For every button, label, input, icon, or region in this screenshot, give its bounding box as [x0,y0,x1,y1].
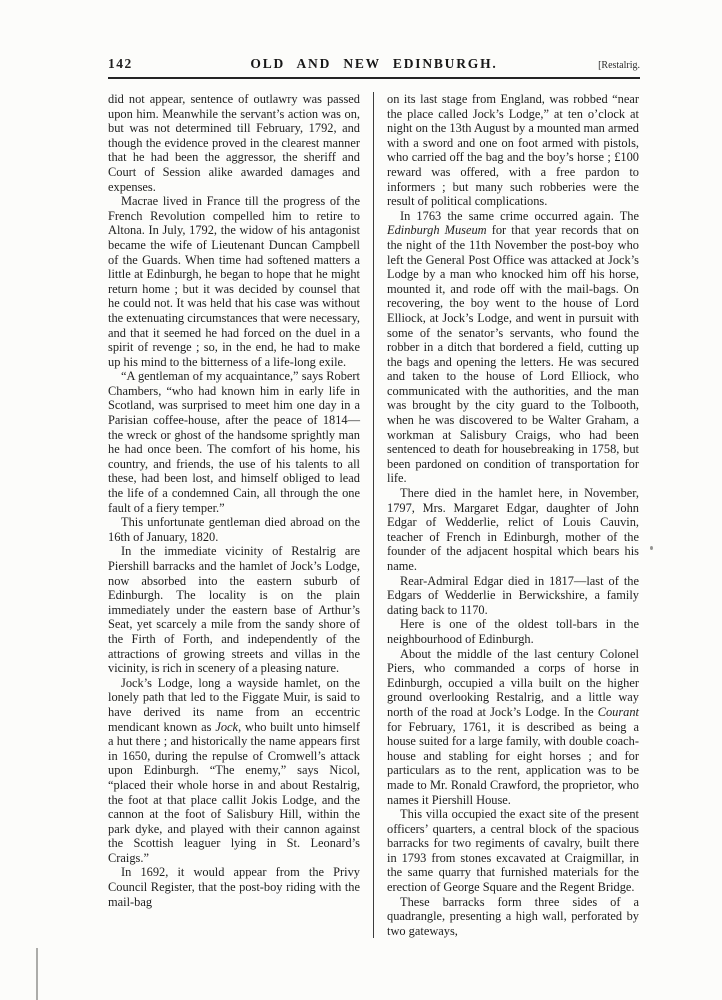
body-text: This villa occupied the exact site of th… [387,807,639,894]
paragraph: This unfortunate gentleman died abroad o… [108,515,360,544]
body-text: In 1692, it would appear from the Privy … [108,865,360,908]
body-text: Rear-Admiral Edgar died in 1817—last of … [387,574,639,617]
two-column-text: did not appear, sentence of outlawry was… [108,79,640,938]
body-text: on its last stage from England, was robb… [387,92,639,208]
paragraph: did not appear, sentence of outlawry was… [108,92,360,194]
body-text: for that year records that on the night … [387,223,639,485]
italic-text: Jock [215,720,238,734]
paragraph: on its last stage from England, was robb… [387,92,639,209]
body-text: In 1763 the same crime occurred again. T… [400,209,639,223]
paragraph: Rear-Admiral Edgar died in 1817—last of … [387,574,639,618]
paragraph: This villa occupied the exact site of th… [387,807,639,895]
italic-text: Courant [598,705,639,719]
paragraph: About the middle of the last century Col… [387,647,639,808]
body-text: These barracks form three sides of a qua… [387,895,639,938]
paragraph: In 1692, it would appear from the Privy … [108,865,360,909]
body-text: Macrae lived in France till the progress… [108,194,360,369]
paragraph: Macrae lived in France till the progress… [108,194,360,369]
body-text: In the immediate vicinity of Restalrig a… [108,544,360,675]
page-title: OLD AND NEW EDINBURGH. [198,56,550,72]
left-column: did not appear, sentence of outlawry was… [108,92,360,938]
paragraph: In the immediate vicinity of Restalrig a… [108,544,360,675]
book-page: 142 OLD AND NEW EDINBURGH. [Restalrig. d… [0,0,722,1000]
paragraph: “A gentleman of my acquaintance,” says R… [108,369,360,515]
italic-text: Edinburgh Museum [387,223,487,237]
body-text: did not appear, sentence of outlawry was… [108,92,360,194]
body-text: There died in the hamlet here, in Novemb… [387,486,639,573]
scan-edge-artifact [36,948,38,1000]
paragraph: There died in the hamlet here, in Novemb… [387,486,639,574]
paragraph: These barracks form three sides of a qua… [387,895,639,939]
right-column: on its last stage from England, was robb… [373,92,639,938]
body-text: , who built unto himself a hut there ; a… [108,720,360,865]
body-text: “A gentleman of my acquaintance,” says R… [108,369,360,514]
body-text: for February, 1761, it is described as b… [387,720,639,807]
running-header: 142 OLD AND NEW EDINBURGH. [Restalrig. [108,56,640,79]
page-number: 142 [108,56,198,72]
paragraph: Jock’s Lodge, long a wayside hamlet, on … [108,676,360,866]
running-head-right: [Restalrig. [550,60,640,71]
body-text: Here is one of the oldest toll-bars in t… [387,617,639,646]
paragraph: Here is one of the oldest toll-bars in t… [387,617,639,646]
body-text: This unfortunate gentleman died abroad o… [108,515,360,544]
scan-speck-artifact [650,546,653,550]
text-block: 142 OLD AND NEW EDINBURGH. [Restalrig. d… [108,56,640,938]
paragraph: In 1763 the same crime occurred again. T… [387,209,639,486]
